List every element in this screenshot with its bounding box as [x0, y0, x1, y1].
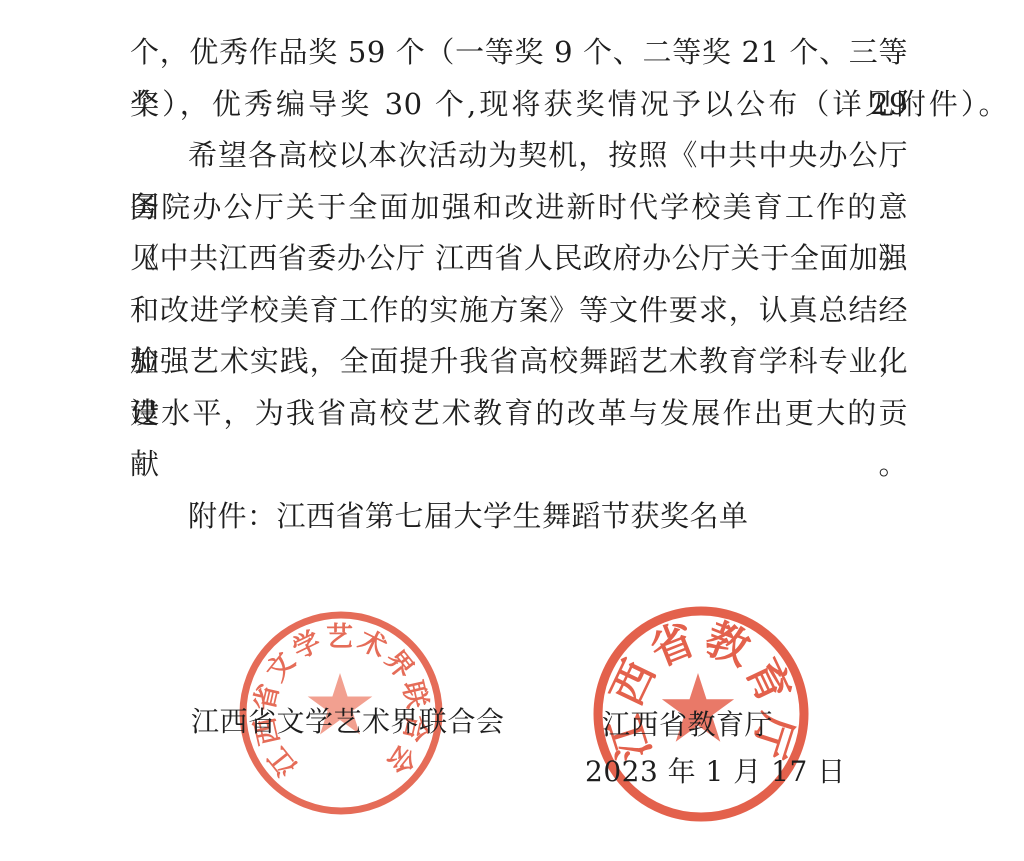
document-page: 个，优秀作品奖 59 个（一等奖 9 个、二等奖 21 个、三等奖 29个），优…	[0, 0, 1024, 861]
text-line: 《中共江西省委办公厅 江西省人民政府办公厅关于全面加强	[130, 233, 908, 285]
text-line: 附件：江西省第七届大学生舞蹈节获奖名单	[130, 491, 908, 543]
signature-right-org: 江西省教育厅	[602, 710, 773, 740]
text-line: 和改进学校美育工作的实施方案》等文件要求，认真总结经验，	[130, 285, 908, 337]
document-body: 个，优秀作品奖 59 个（一等奖 9 个、二等奖 21 个、三等奖 29个），优…	[130, 27, 908, 542]
text-line: 设水平，为我省高校艺术教育的改革与发展作出更大的贡献。	[130, 388, 908, 440]
text-line: 加强艺术实践，全面提升我省高校舞蹈艺术教育学科专业化建	[130, 336, 908, 388]
text-line: 个），优秀编导奖 30 个,现将获奖情况予以公布（详见附件）。	[130, 79, 1008, 131]
signature-date: 2023 年 1 月 17 日	[585, 757, 846, 787]
text-line: 希望各高校以本次活动为契机，按照《中共中央办公厅 国	[130, 130, 908, 182]
text-line: 务院办公厅关于全面加强和改进新时代学校美育工作的意见》	[130, 182, 908, 234]
signature-left-org: 江西省文学艺术界联合会	[191, 707, 505, 737]
text-line: 个，优秀作品奖 59 个（一等奖 9 个、二等奖 21 个、三等奖 29	[130, 27, 908, 79]
